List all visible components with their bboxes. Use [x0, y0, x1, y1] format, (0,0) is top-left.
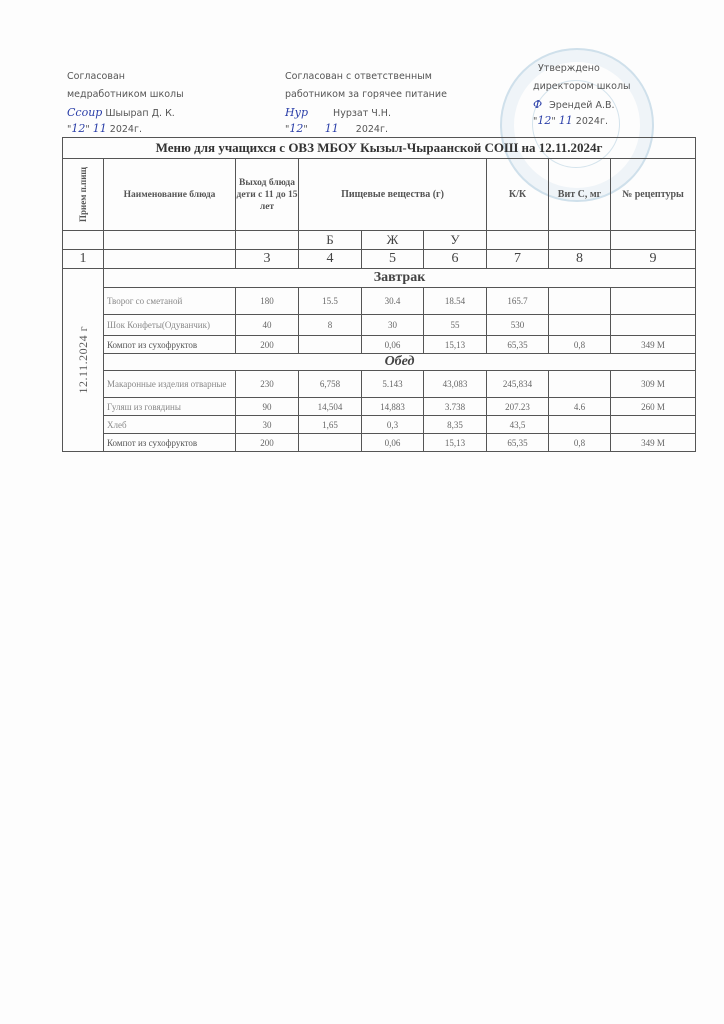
- signature-medical: Ccoup: [67, 106, 102, 119]
- col-num: 9: [611, 250, 696, 269]
- approval-food-year: 2024г.: [356, 124, 388, 135]
- menu-title: Меню для учащихся с ОВЗ МБОУ Кызыл-Чыраа…: [63, 138, 696, 159]
- approval-medical: Согласован медработником школы Ccoup Шыы…: [67, 68, 184, 139]
- approval-medical-line2: медработником школы: [67, 86, 184, 104]
- table-row: Шок Конфеты(Одуванчик) 40 8 30 55 530: [63, 315, 696, 336]
- table-row: Компот из сухофруктов 200 0,06 15,13 65,…: [63, 336, 696, 354]
- header-output: Выход блюда дети с 11 до 15 лет: [236, 159, 299, 231]
- menu-table: Меню для учащихся с ОВЗ МБОУ Кызыл-Чыраа…: [62, 137, 696, 452]
- header-kk: К/К: [487, 159, 549, 231]
- signature-director: Ф: [533, 98, 542, 111]
- header-dish: Наименование блюда: [104, 159, 236, 231]
- approval-food: Согласован с ответственным работником за…: [285, 68, 447, 139]
- section-lunch: Обед: [104, 354, 696, 371]
- approval-food-day: 12: [289, 122, 303, 135]
- approval-director-day: 12: [537, 114, 551, 127]
- col-num: 8: [549, 250, 611, 269]
- approval-food-month: 11: [325, 122, 339, 135]
- col-num: 3: [236, 250, 299, 269]
- table-row: Макаронные изделия отварные 230 6,758 5.…: [63, 371, 696, 398]
- section-breakfast: Завтрак: [104, 269, 696, 288]
- col-num: 7: [487, 250, 549, 269]
- approval-director-year: 2024г.: [576, 116, 608, 127]
- approval-medical-year: 2024г.: [110, 124, 142, 135]
- header-recipe: № рецептуры: [611, 159, 696, 231]
- approval-medical-name: Шыырап Д. К.: [105, 108, 174, 119]
- col-num: 6: [424, 250, 487, 269]
- header-nutrients: Пищевые вещества (г): [299, 159, 487, 231]
- approval-medical-line1: Согласован: [67, 68, 184, 86]
- header-meal: Прием п.пищ: [63, 159, 104, 231]
- col-num: [104, 250, 236, 269]
- approval-director-month: 11: [559, 114, 573, 127]
- header-vitc: Вит С, мг: [549, 159, 611, 231]
- table-row: Гуляш из говядины 90 14,504 14,883 3.738…: [63, 398, 696, 416]
- column-numbers-row: 1 3 4 5 6 7 8 9: [63, 250, 696, 269]
- approval-food-line2: работником за горячее питание: [285, 86, 447, 104]
- approval-food-line1: Согласован с ответственным: [285, 68, 447, 86]
- subheader-b: Б: [299, 231, 362, 250]
- approval-director: Утверждено директором школы Ф Эрендей А.…: [533, 60, 631, 131]
- col-num: 1: [63, 250, 104, 269]
- table-row: Творог со сметаной 180 15.5 30.4 18.54 1…: [63, 288, 696, 315]
- subheader-u: У: [424, 231, 487, 250]
- approval-medical-day: 12: [71, 122, 85, 135]
- table-row: Хлеб 30 1,65 0,3 8,35 43,5: [63, 416, 696, 434]
- signature-food: Нур: [285, 106, 308, 119]
- date-cell: 12.11.2024 г: [63, 269, 104, 452]
- approval-director-line1: Утверждено: [533, 60, 631, 78]
- col-num: 4: [299, 250, 362, 269]
- approval-director-name: Эрендей А.В.: [549, 100, 614, 111]
- approval-food-name: Нурзат Ч.Н.: [333, 108, 391, 119]
- approval-medical-month: 11: [93, 122, 107, 135]
- col-num: 5: [362, 250, 424, 269]
- approval-director-line2: директором школы: [533, 78, 631, 96]
- table-row: Компот из сухофруктов 200 0,06 15,13 65,…: [63, 434, 696, 452]
- subheader-zh: Ж: [362, 231, 424, 250]
